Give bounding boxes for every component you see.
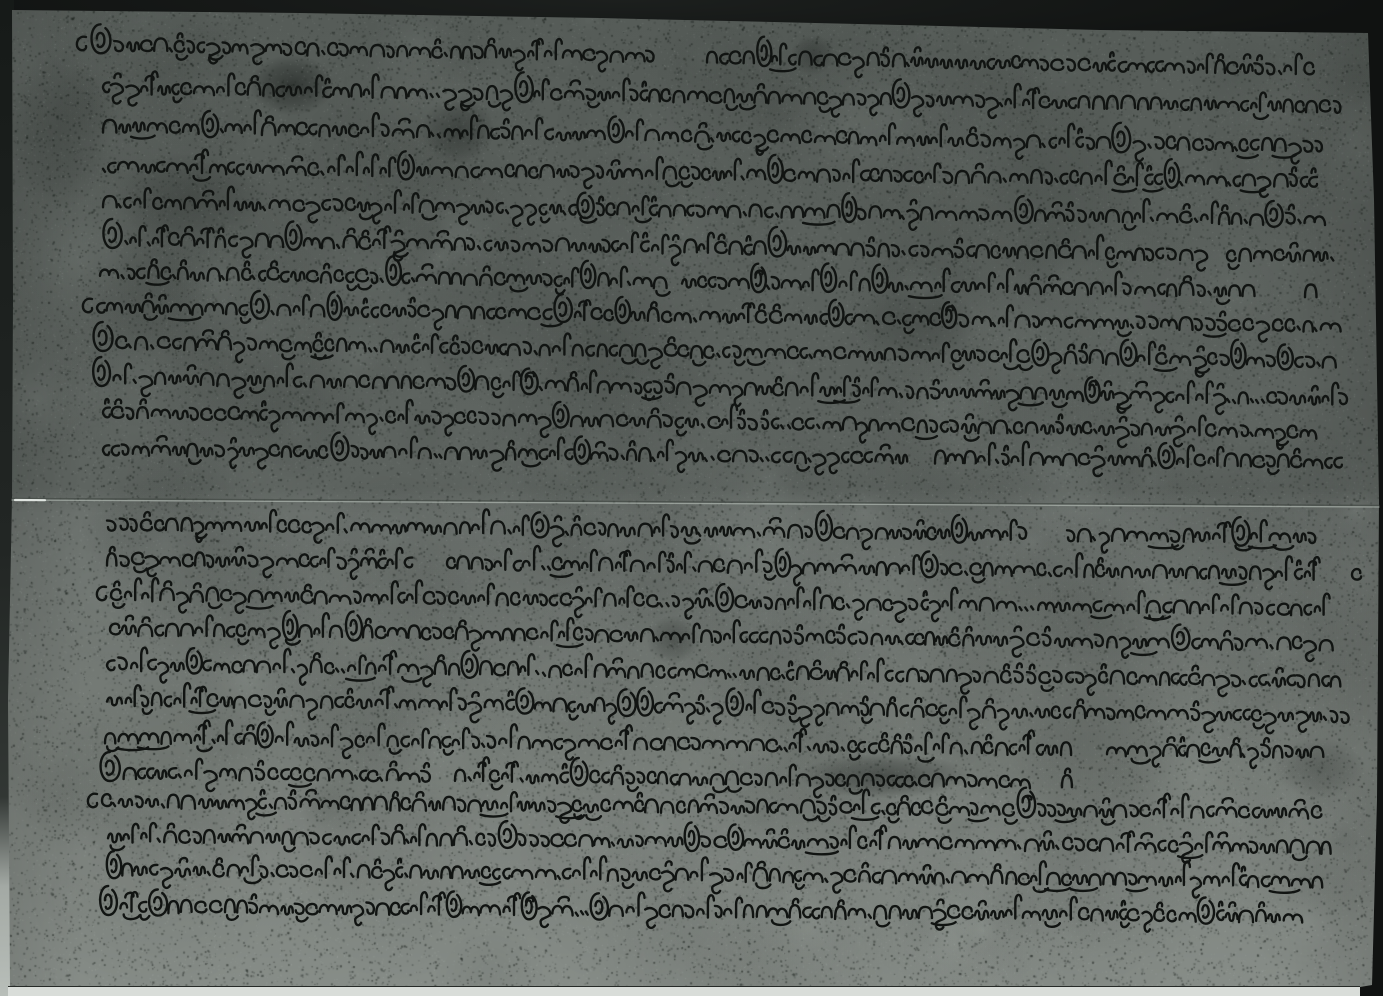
script-line (103, 433, 1342, 477)
script-line (103, 399, 1316, 449)
script-line (116, 330, 1336, 376)
paragraph-mark (83, 299, 92, 312)
script-line (120, 890, 1302, 932)
script-line (107, 648, 1340, 696)
script-line (124, 757, 1072, 797)
paragraph-mark (101, 752, 120, 781)
fold-crease-shadow (12, 498, 1379, 505)
fold-crease (12, 498, 1379, 507)
script-line (103, 187, 1325, 230)
paragraph-mark (100, 886, 117, 915)
script-line (102, 788, 1321, 825)
script-line (105, 720, 1323, 768)
script-line (103, 110, 1322, 163)
script-line (107, 546, 1361, 589)
lower-panel (88, 509, 1361, 931)
paragraph-mark (103, 219, 121, 248)
paragraph-mark (93, 357, 110, 386)
fold-crease-line (12, 500, 1379, 507)
handwriting-layer (0, 0, 1383, 996)
paragraph-mark (94, 322, 113, 351)
script-line (107, 509, 1315, 552)
paragraph-mark (77, 24, 111, 53)
script-line (97, 291, 1340, 342)
script-line (107, 851, 1322, 897)
upper-panel (77, 24, 1347, 476)
manuscript-photo (0, 0, 1383, 996)
script-line (103, 71, 1340, 118)
paragraph-mark (88, 794, 97, 807)
script-line (114, 33, 1314, 77)
script-line (108, 821, 1331, 863)
script-line (125, 222, 1333, 271)
paragraph-mark (97, 587, 106, 600)
script-line (100, 256, 1317, 304)
